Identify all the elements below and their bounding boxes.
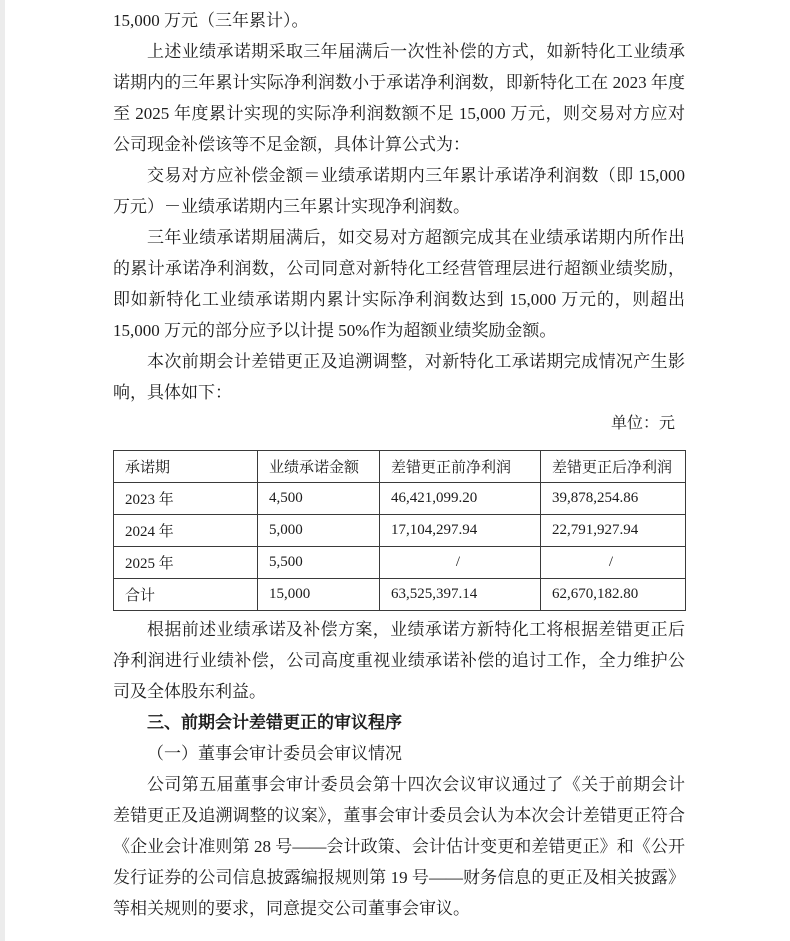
- table-cell: /: [380, 547, 541, 579]
- table-cell: 62,670,182.80: [541, 579, 686, 611]
- table-row-2025: 2025 年 5,500 / /: [114, 547, 686, 579]
- paragraph-continuation: 15,000 万元（三年累计）。: [113, 5, 685, 36]
- paragraph-compensation-method: 上述业绩承诺期采取三年届满后一次性补偿的方式，如新特化工业绩承诺期内的三年累计实…: [113, 36, 685, 160]
- table-cell: 15,000: [258, 579, 380, 611]
- table-cell: 2024 年: [114, 515, 258, 547]
- page-left-edge: [0, 0, 5, 941]
- table-cell: 17,104,297.94: [380, 515, 541, 547]
- table-header-cell: 业绩承诺金额: [258, 451, 380, 483]
- table-row-2024: 2024 年 5,000 17,104,297.94 22,791,927.94: [114, 515, 686, 547]
- table-cell: 合计: [114, 579, 258, 611]
- table-cell: 22,791,927.94: [541, 515, 686, 547]
- table-row-total: 合计 15,000 63,525,397.14 62,670,182.80: [114, 579, 686, 611]
- paragraph-formula: 交易对方应补偿金额＝业绩承诺期内三年累计承诺净利润数（即 15,000 万元）－…: [113, 160, 685, 222]
- paragraph-commitment-protection: 根据前述业绩承诺及补偿方案，业绩承诺方新特化工将根据差错更正后净利润进行业绩补偿…: [113, 614, 685, 707]
- table-row-2023: 2023 年 4,500 46,421,099.20 39,878,254.86: [114, 483, 686, 515]
- paragraph-impact-intro: 本次前期会计差错更正及追溯调整，对新特化工承诺期完成情况产生影响，具体如下：: [113, 346, 685, 408]
- table-header-cell: 差错更正后净利润: [541, 451, 686, 483]
- table-cell: /: [541, 547, 686, 579]
- table-header-cell: 承诺期: [114, 451, 258, 483]
- table-cell: 2025 年: [114, 547, 258, 579]
- table-cell: 5,500: [258, 547, 380, 579]
- table-header-cell: 差错更正前净利润: [380, 451, 541, 483]
- table-cell: 5,000: [258, 515, 380, 547]
- table-cell: 2023 年: [114, 483, 258, 515]
- table-cell: 39,878,254.86: [541, 483, 686, 515]
- table-header-row: 承诺期 业绩承诺金额 差错更正前净利润 差错更正后净利润: [114, 451, 686, 483]
- table-cell: 46,421,099.20: [380, 483, 541, 515]
- table-cell: 63,525,397.14: [380, 579, 541, 611]
- unit-label: 单位：元: [113, 409, 685, 439]
- document-body: 15,000 万元（三年累计）。 上述业绩承诺期采取三年届满后一次性补偿的方式，…: [113, 5, 685, 924]
- section-heading: 三、前期会计差错更正的审议程序: [113, 707, 685, 738]
- subsection-heading: （一）董事会审计委员会审议情况: [113, 738, 685, 769]
- table-cell: 4,500: [258, 483, 380, 515]
- paragraph-excess-reward: 三年业绩承诺期届满后，如交易对方超额完成其在业绩承诺期内所作出的累计承诺净利润数…: [113, 222, 685, 346]
- performance-table: 承诺期 业绩承诺金额 差错更正前净利润 差错更正后净利润 2023 年 4,50…: [113, 450, 686, 611]
- paragraph-audit-committee: 公司第五届董事会审计委员会第十四次会议审议通过了《关于前期会计差错更正及追溯调整…: [113, 769, 685, 924]
- document-page: { "document": { "colors": { "page_backgr…: [0, 0, 790, 941]
